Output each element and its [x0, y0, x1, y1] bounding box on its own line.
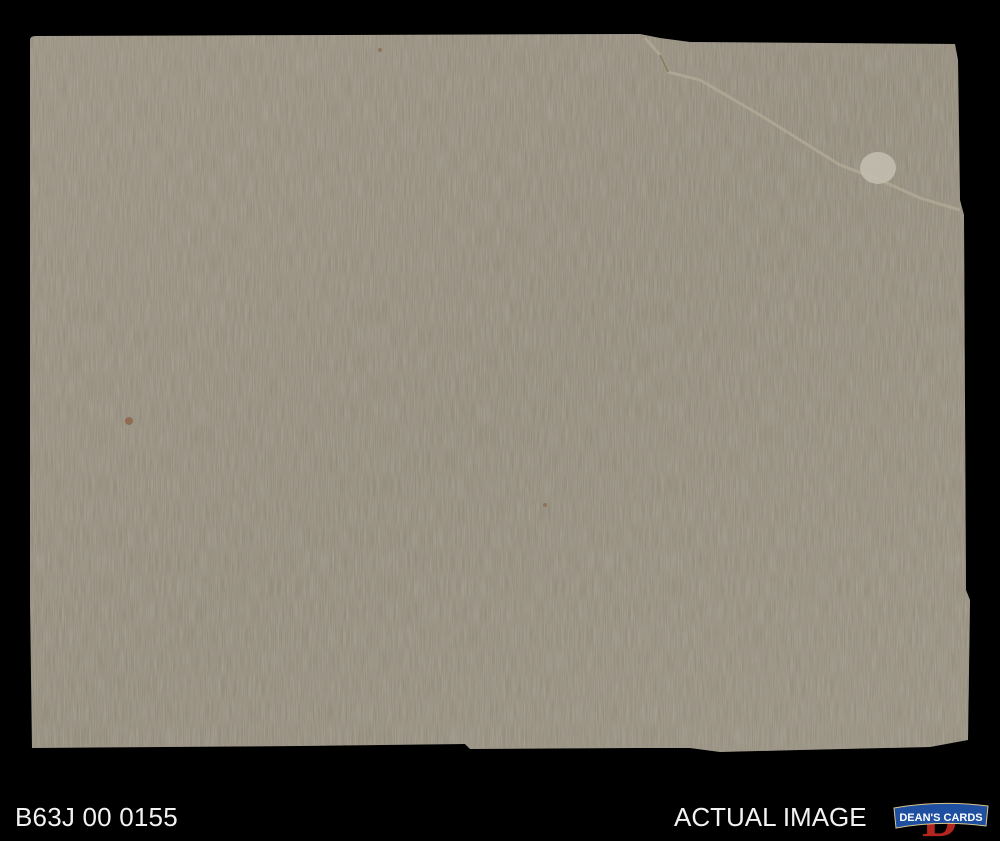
card-photo-svg — [0, 0, 1000, 790]
logo-text: DEAN'S CARDS — [899, 812, 982, 824]
item-id-label: B63J 00 0155 — [15, 800, 178, 834]
card-back-image — [0, 0, 1000, 790]
paper-loss-spot — [860, 152, 896, 184]
actual-image-label: ACTUAL IMAGE — [674, 800, 867, 834]
deans-cards-logo-icon: D DEAN'S CARDS — [892, 794, 990, 838]
